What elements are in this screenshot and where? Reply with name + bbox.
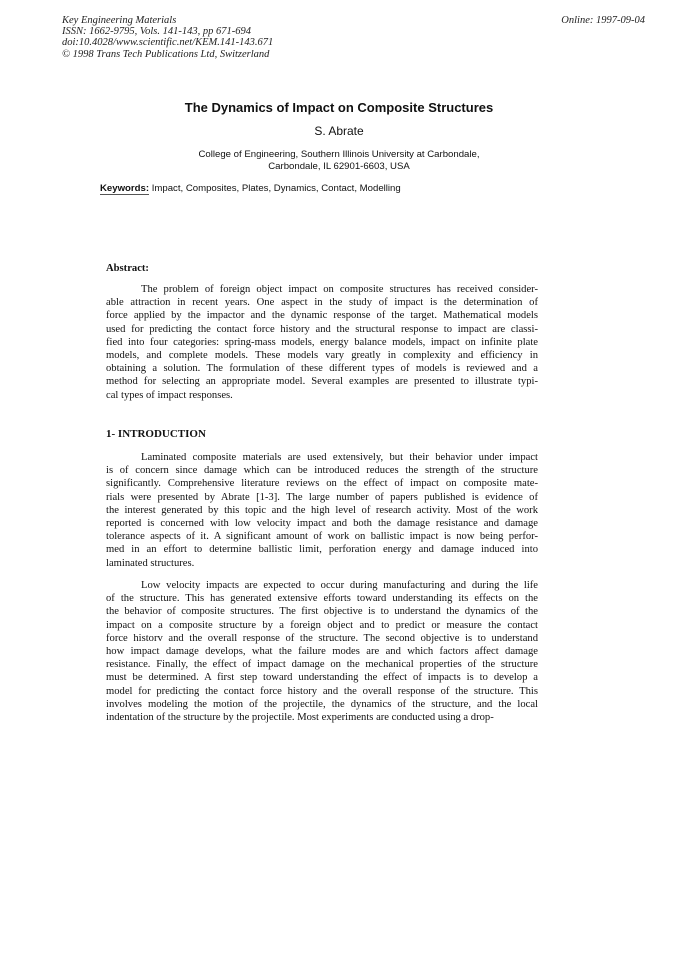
text-line: fied into four categories: spring-mass m…: [106, 336, 538, 349]
journal-copyright: © 1998 Trans Tech Publications Ltd, Swit…: [62, 49, 273, 60]
text-line: method for selecting an appropriate mode…: [106, 375, 538, 388]
text-line: models, and complete models. These model…: [106, 349, 538, 362]
text-line: able attraction in recent years. One asp…: [106, 296, 538, 309]
text-line: involves modeling the motion of the proj…: [106, 698, 538, 711]
abstract-heading: Abstract:: [106, 262, 149, 275]
keywords-list: Impact, Composites, Plates, Dynamics, Co…: [149, 183, 401, 194]
text-line: force applied by the impactor and the dy…: [106, 309, 538, 322]
journal-issn: ISSN: 1662-9795, Vols. 141-143, pp 671-6…: [62, 26, 273, 37]
journal-doi: doi:10.4028/www.scientific.net/KEM.141-1…: [62, 37, 273, 48]
text-line: Low velocity impacts are expected to occ…: [106, 579, 538, 592]
text-line: obtaining a solution. The formulation of…: [106, 362, 538, 375]
online-date: Online: 1997-09-04: [561, 15, 645, 26]
affiliation-line: College of Engineering, Southern Illinoi…: [0, 149, 678, 161]
paper-author: S. Abrate: [0, 124, 678, 138]
journal-name: Key Engineering Materials: [62, 15, 273, 26]
text-line: is of concern since damage which can be …: [106, 464, 538, 477]
text-line: Laminated composite materials are used e…: [106, 451, 538, 464]
text-line: the interest generated by this topic and…: [106, 504, 538, 517]
text-line: tolerance aspects of it. A significant a…: [106, 530, 538, 543]
text-line: impact on a composite structure by a for…: [106, 619, 538, 632]
text-line: reported is concerned with low velocity …: [106, 517, 538, 530]
text-line: how impact damage develops, what the fai…: [106, 645, 538, 658]
keywords: Keywords: Impact, Composites, Plates, Dy…: [100, 183, 401, 194]
text-line: model for predicting the contact force h…: [106, 685, 538, 698]
section-heading-introduction: 1- INTRODUCTION: [106, 428, 206, 441]
intro-paragraph-1: Laminated composite materials are used e…: [106, 451, 538, 570]
text-line: must be determined. A first step toward …: [106, 671, 538, 684]
text-line: resistance. Finally, the effect of impac…: [106, 658, 538, 671]
text-line: the behavior of composite structures. Th…: [106, 605, 538, 618]
journal-header: Key Engineering Materials ISSN: 1662-979…: [62, 15, 273, 60]
affiliation-line: Carbondale, IL 62901-6603, USA: [0, 161, 678, 173]
text-line: of the structure. This has generated ext…: [106, 592, 538, 605]
abstract-body: The problem of foreign object impact on …: [106, 283, 538, 402]
text-line: rials were presented by Abrate [1-3]. Th…: [106, 491, 538, 504]
author-affiliation: College of Engineering, Southern Illinoi…: [0, 149, 678, 173]
text-line: force historv and the overall response o…: [106, 632, 538, 645]
text-line: significantly. Comprehensive literature …: [106, 477, 538, 490]
text-line: used for predicting the contact force hi…: [106, 323, 538, 336]
text-line: cal types of impact responses.: [106, 389, 538, 402]
intro-paragraph-2: Low velocity impacts are expected to occ…: [106, 579, 538, 724]
keywords-label: Keywords:: [100, 183, 149, 195]
text-line: indentation of the structure by the proj…: [106, 711, 538, 724]
text-line: The problem of foreign object impact on …: [106, 283, 538, 296]
paper-title: The Dynamics of Impact on Composite Stru…: [0, 100, 678, 115]
text-line: med in an effort to determine ballistic …: [106, 543, 538, 556]
text-line: laminated structures.: [106, 557, 538, 570]
